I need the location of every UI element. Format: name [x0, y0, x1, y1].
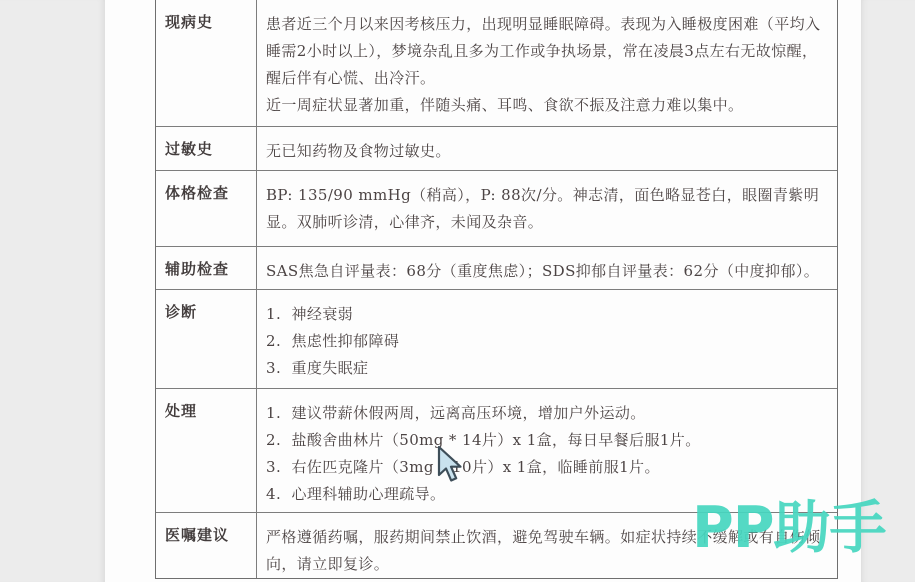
text-line: 睡需2小时以上），梦境杂乱且多为工作或争执场景，常在凌晨3点左右无故惊醒， — [266, 38, 827, 65]
row-content: 患者近三个月以来因考核压力，出现明显睡眠障碍。表现为入睡极度困难（平均入 睡需2… — [257, 0, 837, 126]
text-line: 醒后伴有心慌、出冷汗。 — [266, 65, 827, 92]
row-label: 过敏史 — [156, 127, 257, 170]
row-content: 1. 建议带薪休假两周，远离高压环境，增加户外运动。 2. 盐酸舍曲林片（50m… — [257, 389, 837, 512]
text-line: 3. 右佐匹克隆片（3mg * 10片）x 1盒，临睡前服1片。 — [266, 454, 827, 481]
text-line: 1. 建议带薪休假两周，远离高压环境，增加户外运动。 — [266, 400, 827, 427]
text-line: 2. 焦虑性抑郁障碍 — [266, 328, 827, 355]
row-label: 诊断 — [156, 290, 257, 388]
row-label: 体格检查 — [156, 171, 257, 246]
table-row-allergy-history: 过敏史 无已知药物及食物过敏史。 — [156, 126, 837, 170]
table-row-diagnosis: 诊断 1. 神经衰弱 2. 焦虑性抑郁障碍 3. 重度失眠症 — [156, 289, 837, 388]
text-line: 3. 重度失眠症 — [266, 355, 827, 382]
row-content: 1. 神经衰弱 2. 焦虑性抑郁障碍 3. 重度失眠症 — [257, 290, 837, 388]
pp-assistant-watermark: PP助手 — [692, 498, 886, 558]
left-margin — [0, 0, 105, 582]
text-line: BP: 135/90 mmHg（稍高），P: 88次/分。神志清，面色略显苍白，… — [266, 182, 827, 209]
text-line: 患者近三个月以来因考核压力，出现明显睡眠障碍。表现为入睡极度困难（平均入 — [266, 11, 827, 38]
text-line: 显。双肺听诊清，心律齐，未闻及杂音。 — [266, 209, 827, 236]
row-label: 处理 — [156, 389, 257, 512]
table-row-physical-exam: 体格检查 BP: 135/90 mmHg（稍高），P: 88次/分。神志清，面色… — [156, 170, 837, 246]
text-line: SAS焦急自评量表：68分（重度焦虑）；SDS抑郁自评量表：62分（中度抑郁）。 — [266, 258, 827, 285]
row-content: 无已知药物及食物过敏史。 — [257, 127, 837, 170]
row-label: 医嘱建议 — [156, 513, 257, 578]
document-viewer: 现病史 患者近三个月以来因考核压力，出现明显睡眠障碍。表现为入睡极度困难（平均入… — [0, 0, 915, 582]
table-row-present-illness: 现病史 患者近三个月以来因考核压力，出现明显睡眠障碍。表现为入睡极度困难（平均入… — [156, 0, 837, 126]
row-content: SAS焦急自评量表：68分（重度焦虑）；SDS抑郁自评量表：62分（中度抑郁）。 — [257, 247, 837, 289]
text-line: 2. 盐酸舍曲林片（50mg * 14片）x 1盒，每日早餐后服1片。 — [266, 427, 827, 454]
mouse-cursor-icon — [437, 446, 464, 485]
row-label: 辅助检查 — [156, 247, 257, 289]
table-row-auxiliary-exam: 辅助检查 SAS焦急自评量表：68分（重度焦虑）；SDS抑郁自评量表：62分（中… — [156, 246, 837, 289]
table-row-treatment: 处理 1. 建议带薪休假两周，远离高压环境，增加户外运动。 2. 盐酸舍曲林片（… — [156, 388, 837, 512]
row-label: 现病史 — [156, 0, 257, 126]
text-line: 近一周症状显著加重，伴随头痛、耳鸣、食欲不振及注意力难以集中。 — [266, 92, 827, 119]
row-content: BP: 135/90 mmHg（稍高），P: 88次/分。神志清，面色略显苍白，… — [257, 171, 837, 246]
text-line: 无已知药物及食物过敏史。 — [266, 138, 827, 165]
medical-record-table: 现病史 患者近三个月以来因考核压力，出现明显睡眠障碍。表现为入睡极度困难（平均入… — [155, 0, 838, 579]
text-line: 1. 神经衰弱 — [266, 301, 827, 328]
